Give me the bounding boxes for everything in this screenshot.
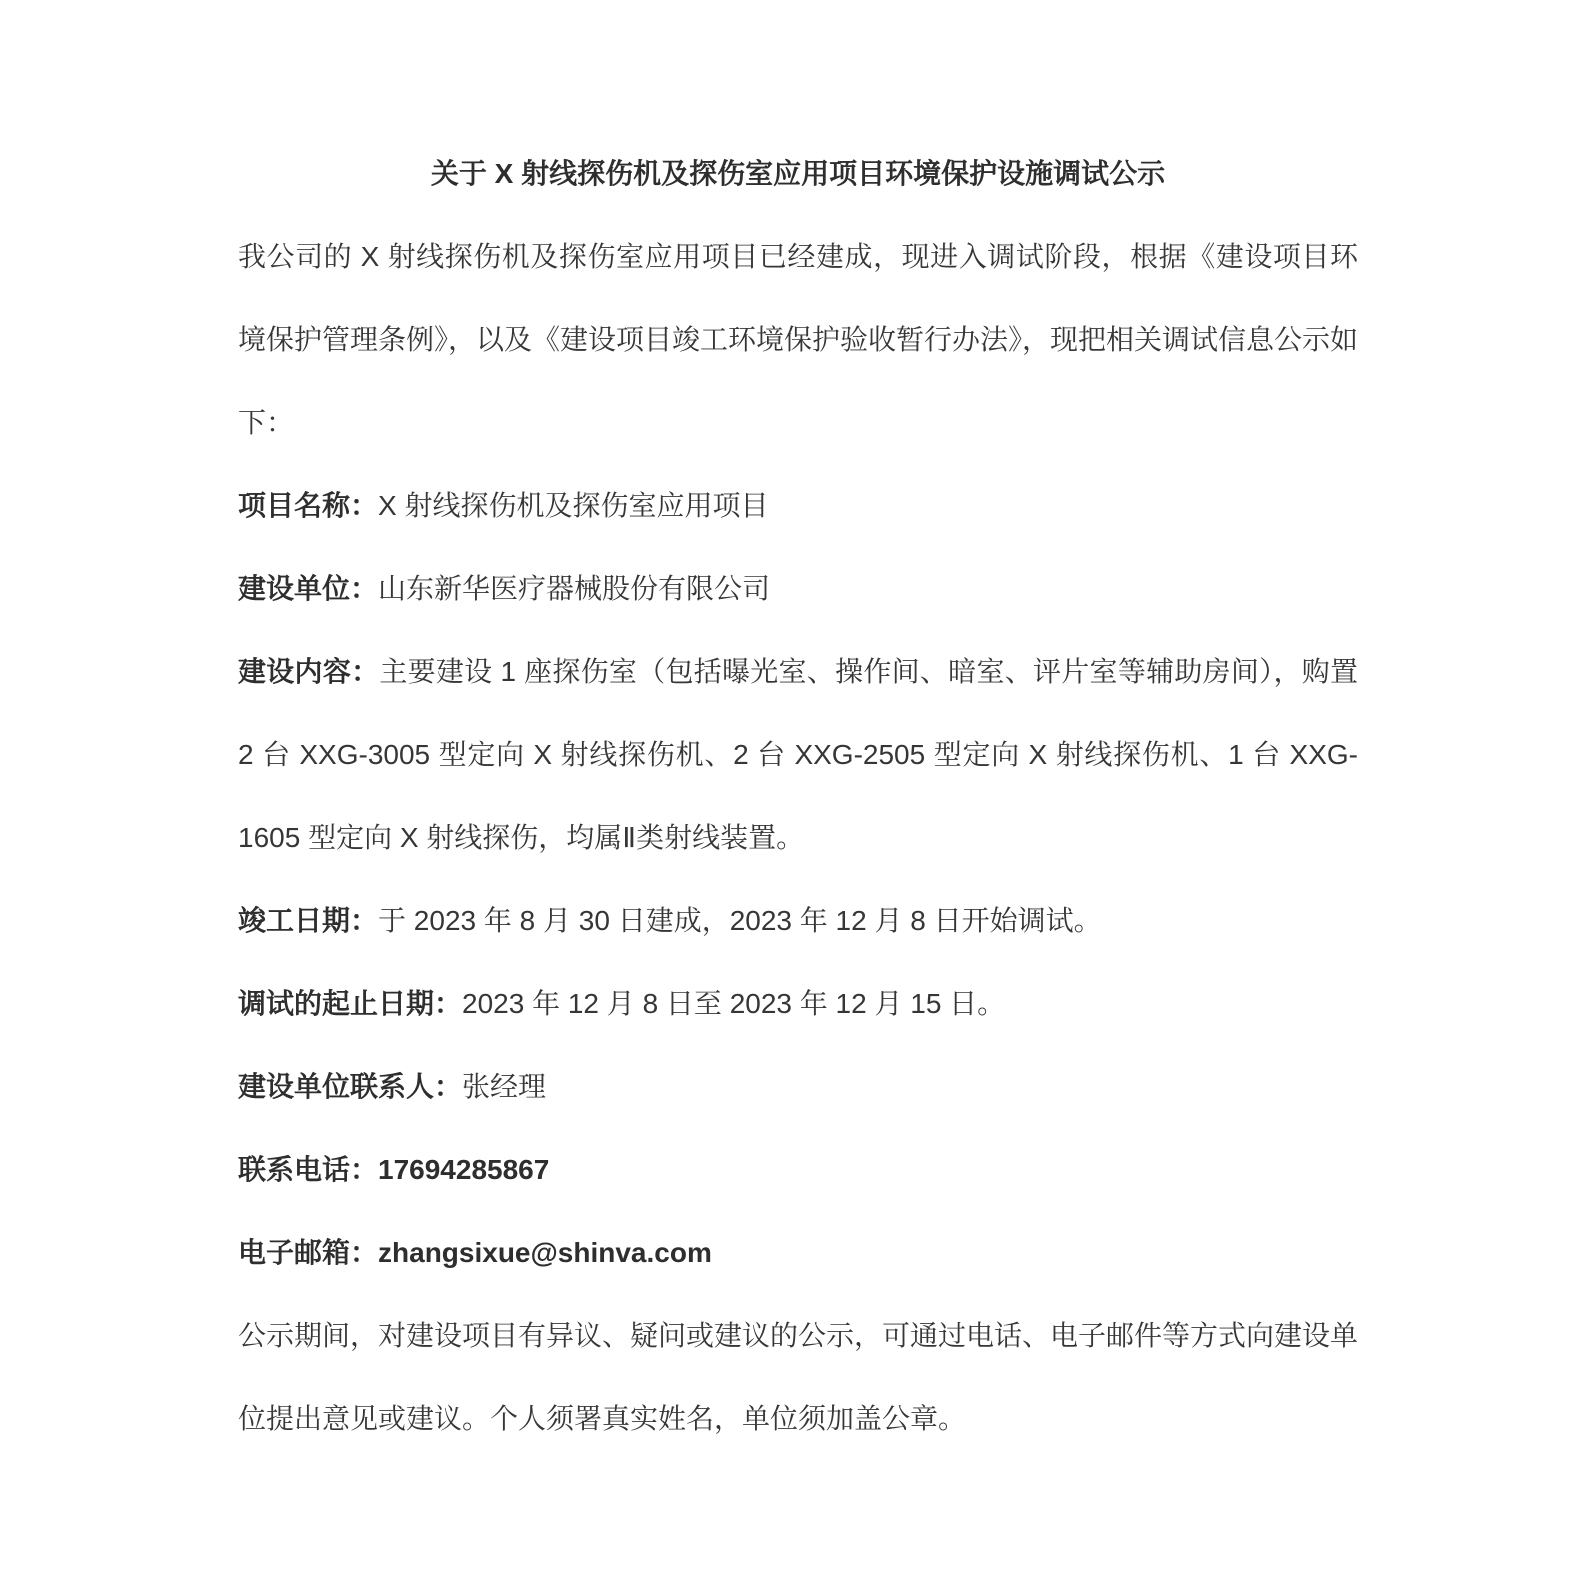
paragraph-construction-unit: 建设单位：山东新华医疗器械股份有限公司 [238,547,1358,630]
paragraph-construction-content: 建设内容：主要建设 1 座探伤室（包括曝光室、操作间、暗室、评片室等辅助房间），… [238,630,1358,879]
paragraph-completion-date: 竣工日期：于 2023 年 8 月 30 日建成，2023 年 12 月 8 日… [238,879,1358,962]
text-run: 于 2023 年 8 月 30 日建成，2023 年 12 月 8 日开始调试。 [378,905,1102,936]
paragraph-contact-phone: 联系电话：17694285867 [238,1128,1358,1211]
text-run: X 射线探伤机及探伤室应用项目 [378,490,768,521]
document-page: 关于 X 射线探伤机及探伤室应用项目环境保护设施调试公示 我公司的 X 射线探伤… [0,0,1587,1596]
text-run: 山东新华医疗器械股份有限公司 [378,573,770,604]
field-label: 项目名称： [238,490,378,521]
document-title: 关于 X 射线探伤机及探伤室应用项目环境保护设施调试公示 [238,132,1358,215]
text-run: 我公司的 X 射线探伤机及探伤室应用项目已经建成，现进入调试阶段，根据《建设项目… [238,241,1358,438]
paragraph-debug-period: 调试的起止日期：2023 年 12 月 8 日至 2023 年 12 月 15 … [238,962,1358,1045]
document-content: 关于 X 射线探伤机及探伤室应用项目环境保护设施调试公示 我公司的 X 射线探伤… [238,132,1358,1460]
field-label: 竣工日期： [238,905,378,936]
paragraph-intro: 我公司的 X 射线探伤机及探伤室应用项目已经建成，现进入调试阶段，根据《建设项目… [238,215,1358,464]
field-label: 建设单位联系人： [238,1071,462,1102]
field-label: 17694285867 [378,1154,549,1185]
field-label: 建设单位： [238,573,378,604]
document-body: 我公司的 X 射线探伤机及探伤室应用项目已经建成，现进入调试阶段，根据《建设项目… [238,215,1358,1460]
paragraph-feedback: 公示期间，对建设项目有异议、疑问或建议的公示，可通过电话、电子邮件等方式向建设单… [238,1294,1358,1460]
field-label: zhangsixue@shinva.com [378,1237,712,1268]
paragraph-contact-email: 电子邮箱：zhangsixue@shinva.com [238,1211,1358,1294]
text-run: 公示期间，对建设项目有异议、疑问或建议的公示，可通过电话、电子邮件等方式向建设单… [238,1320,1358,1434]
text-run: 主要建设 1 座探伤室（包括曝光室、操作间、暗室、评片室等辅助房间），购置 2 … [238,656,1358,853]
paragraph-contact-person: 建设单位联系人：张经理 [238,1045,1358,1128]
text-run: 张经理 [462,1071,546,1102]
text-run: 2023 年 12 月 8 日至 2023 年 12 月 15 日。 [462,988,1005,1019]
field-label: 电子邮箱： [238,1237,378,1268]
paragraph-project-name: 项目名称：X 射线探伤机及探伤室应用项目 [238,464,1358,547]
field-label: 联系电话： [238,1154,378,1185]
field-label: 建设内容： [238,656,379,687]
field-label: 调试的起止日期： [238,988,462,1019]
